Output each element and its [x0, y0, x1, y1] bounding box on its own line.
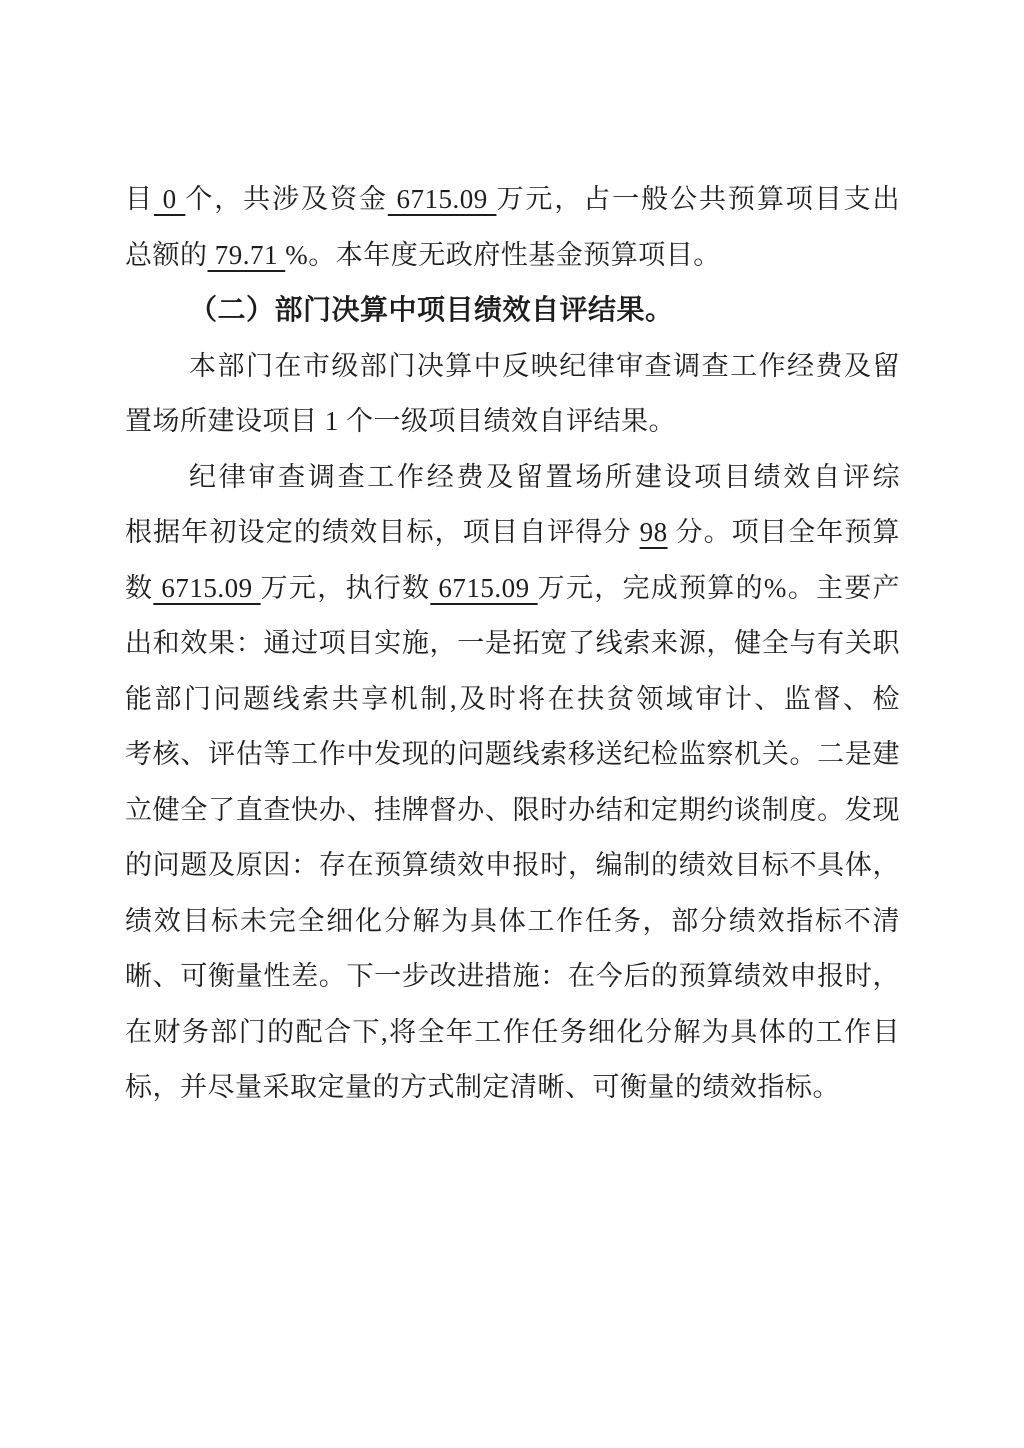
text-line: 立健全了直查快办、挂牌督办、限时办结和定期约谈制度。发现 [125, 783, 900, 839]
text-segment: 考核、评估等工作中发现的问题线索移送纪检监察机关。二是建 [125, 739, 900, 769]
text-line: 数 6715.09 万元，执行数 6715.09 万元，完成预算的%。主要产 [125, 561, 900, 617]
text-segment: 置场所建设项目 1 个一级项目绩效自评结果。 [125, 406, 676, 436]
document-body: 目 0 个，共涉及资金 6715.09 万元，占一般公共预算项目支出总额的 79… [125, 172, 900, 1116]
text-segment: 个，共涉及资金 [185, 184, 388, 214]
text-line: 标，并尽量采取定量的方式制定清晰、可衡量的绩效指标。 [125, 1060, 900, 1116]
text-segment: 数 [125, 573, 153, 603]
text-segment: 万元，占一般公共预算项目支出 [496, 184, 900, 214]
text-line: 绩效目标未完全细化分解为具体工作任务，部分绩效指标不清 [125, 894, 900, 950]
text-segment: （二）部门决算中项目绩效自评结果。 [189, 295, 674, 326]
text-line: 能部门问题线索共享机制,及时将在扶贫领域审计、监督、检查、 [125, 672, 900, 728]
text-line: 置场所建设项目 1 个一级项目绩效自评结果。 [125, 394, 900, 450]
text-segment: 立健全了直查快办、挂牌督办、限时办结和定期约谈制度。发现 [125, 795, 900, 825]
text-line: 根据年初设定的绩效目标，项目自评得分 98 分。项目全年预算 [125, 505, 900, 561]
text-segment: %。本年度无政府性基金预算项目。 [285, 240, 721, 270]
document-page: 目 0 个，共涉及资金 6715.09 万元，占一般公共预算项目支出总额的 79… [0, 0, 1024, 1448]
text-segment: 的问题及原因：存在预算绩效申报时，编制的绩效目标不具体， [125, 850, 900, 880]
underlined-value: 6715.09 [153, 573, 260, 603]
text-segment: 出和效果：通过项目实施，一是拓宽了线索来源，健全与有关职 [125, 628, 900, 658]
text-line: 考核、评估等工作中发现的问题线索移送纪检监察机关。二是建 [125, 727, 900, 783]
text-line: 的问题及原因：存在预算绩效申报时，编制的绩效目标不具体， [125, 838, 900, 894]
text-line: 本部门在市级部门决算中反映纪律审查调查工作经费及留 [125, 339, 900, 395]
underlined-value: 98 [640, 517, 668, 547]
text-segment: 绩效目标未完全细化分解为具体工作任务，部分绩效指标不清 [125, 906, 900, 936]
text-segment: 纪律审查调查工作经费及留置场所建设项目绩效自评综述： [125, 462, 900, 506]
text-segment: 本部门在市级部门决算中反映纪律审查调查工作经费及留 [189, 351, 900, 381]
text-segment: 标，并尽量采取定量的方式制定清晰、可衡量的绩效指标。 [125, 1072, 840, 1102]
underlined-value: 6715.09 [430, 573, 537, 603]
text-line: 纪律审查调查工作经费及留置场所建设项目绩效自评综述： [125, 450, 900, 506]
text-line: 晰、可衡量性差。下一步改进措施：在今后的预算绩效申报时， [125, 949, 900, 1005]
underlined-value: 6715.09 [388, 184, 497, 214]
text-segment: 目 [125, 184, 154, 214]
text-segment: 晰、可衡量性差。下一步改进措施：在今后的预算绩效申报时， [125, 961, 900, 991]
text-segment: 总额的 [125, 240, 208, 270]
text-segment: 分。项目全年预算 [668, 517, 900, 547]
text-segment: 万元，执行数 [261, 573, 431, 603]
text-line: 总额的 79.71 %。本年度无政府性基金预算项目。 [125, 228, 900, 284]
text-segment: 在财务部门的配合下,将全年工作任务细化分解为具体的工作目 [125, 1017, 900, 1047]
text-line: 目 0 个，共涉及资金 6715.09 万元，占一般公共预算项目支出 [125, 172, 900, 228]
underlined-value: 79.71 [208, 240, 286, 270]
text-line: 在财务部门的配合下,将全年工作任务细化分解为具体的工作目 [125, 1005, 900, 1061]
underlined-value: 0 [154, 184, 185, 214]
text-segment: 根据年初设定的绩效目标，项目自评得分 [125, 517, 640, 547]
section-heading: （二）部门决算中项目绩效自评结果。 [125, 283, 900, 339]
text-line: 出和效果：通过项目实施，一是拓宽了线索来源，健全与有关职 [125, 616, 900, 672]
text-segment: 能部门问题线索共享机制,及时将在扶贫领域审计、监督、检查、 [125, 684, 900, 728]
text-segment: 万元，完成预算的%。主要产 [538, 573, 900, 603]
